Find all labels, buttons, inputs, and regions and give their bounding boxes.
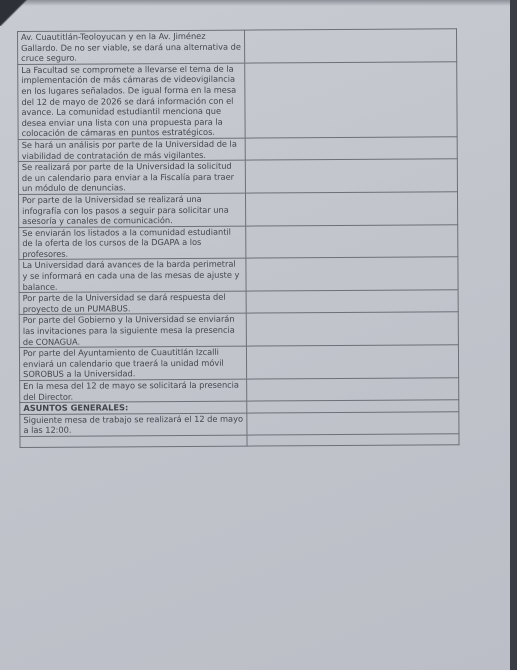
table-row [20,434,459,448]
paper-sheet: Av. Cuautitlán-Teoloyucan y en la Av. Ji… [0,0,510,670]
agreement-text: Por parte de la Universidad se realizará… [18,193,245,227]
table-row: En la mesa del 12 de mayo se solicitará … [20,378,459,403]
page-shadow [0,0,510,6]
table-row: Siguiente mesa de trabajo se realizará e… [20,412,459,437]
response-cell [245,29,457,63]
response-cell [246,192,458,226]
response-cell [247,412,459,435]
table-row: Se enviarán los listados a la comunidad … [19,224,458,259]
agreement-text: Se enviarán los listados a la comunidad … [19,226,246,260]
table-row: Por parte de la Universidad se dará resp… [19,290,458,315]
agreements-table: Av. Cuautitlán-Teoloyucan y en la Av. Ji… [17,28,460,448]
agreement-text [20,435,247,447]
response-cell [247,434,459,446]
response-cell [245,159,457,193]
response-cell [245,137,457,160]
table-row: Se realizará por parte de la Universidad… [18,159,457,194]
agreement-text: La Facultad se compromete a llevarse el … [18,63,246,140]
page-corner [0,0,30,26]
response-cell [246,312,458,346]
agreement-text: Por parte del Ayuntamiento de Cuautitlán… [19,346,246,380]
response-cell [247,345,459,379]
response-cell [246,224,458,258]
response-cell [247,378,459,401]
table-row: Av. Cuautitlán-Teoloyucan y en la Av. Ji… [18,29,457,64]
response-cell [246,257,458,291]
table-row: Por parte del Ayuntamiento de Cuautitlán… [19,345,458,380]
agreements-table-body: Av. Cuautitlán-Teoloyucan y en la Av. Ji… [18,29,460,448]
agreement-text: En la mesa del 12 de mayo se solicitará … [20,379,247,403]
table-row: Por parte del Gobierno y la Universidad … [19,312,458,347]
agreement-text: Se realizará por parte de la Universidad… [18,160,245,194]
table-row: Se hará un análisis por parte de la Univ… [18,137,457,162]
agreement-text: Se hará un análisis por parte de la Univ… [18,138,245,162]
table-row: Por parte de la Universidad se realizará… [18,192,457,227]
table-row: La Facultad se compromete a llevarse el … [18,62,457,140]
response-cell [246,290,458,313]
agreement-text: La Universidad dará avances de la barda … [19,259,246,293]
agreement-text: Por parte del Gobierno y la Universidad … [19,314,246,348]
agreement-text: Siguiente mesa de trabajo se realizará e… [20,413,247,437]
response-cell [245,62,457,138]
agreement-text: Av. Cuautitlán-Teoloyucan y en la Av. Ji… [18,30,245,64]
table-row: La Universidad dará avances de la barda … [19,257,458,292]
agreement-text: Por parte de la Universidad se dará resp… [19,291,246,315]
